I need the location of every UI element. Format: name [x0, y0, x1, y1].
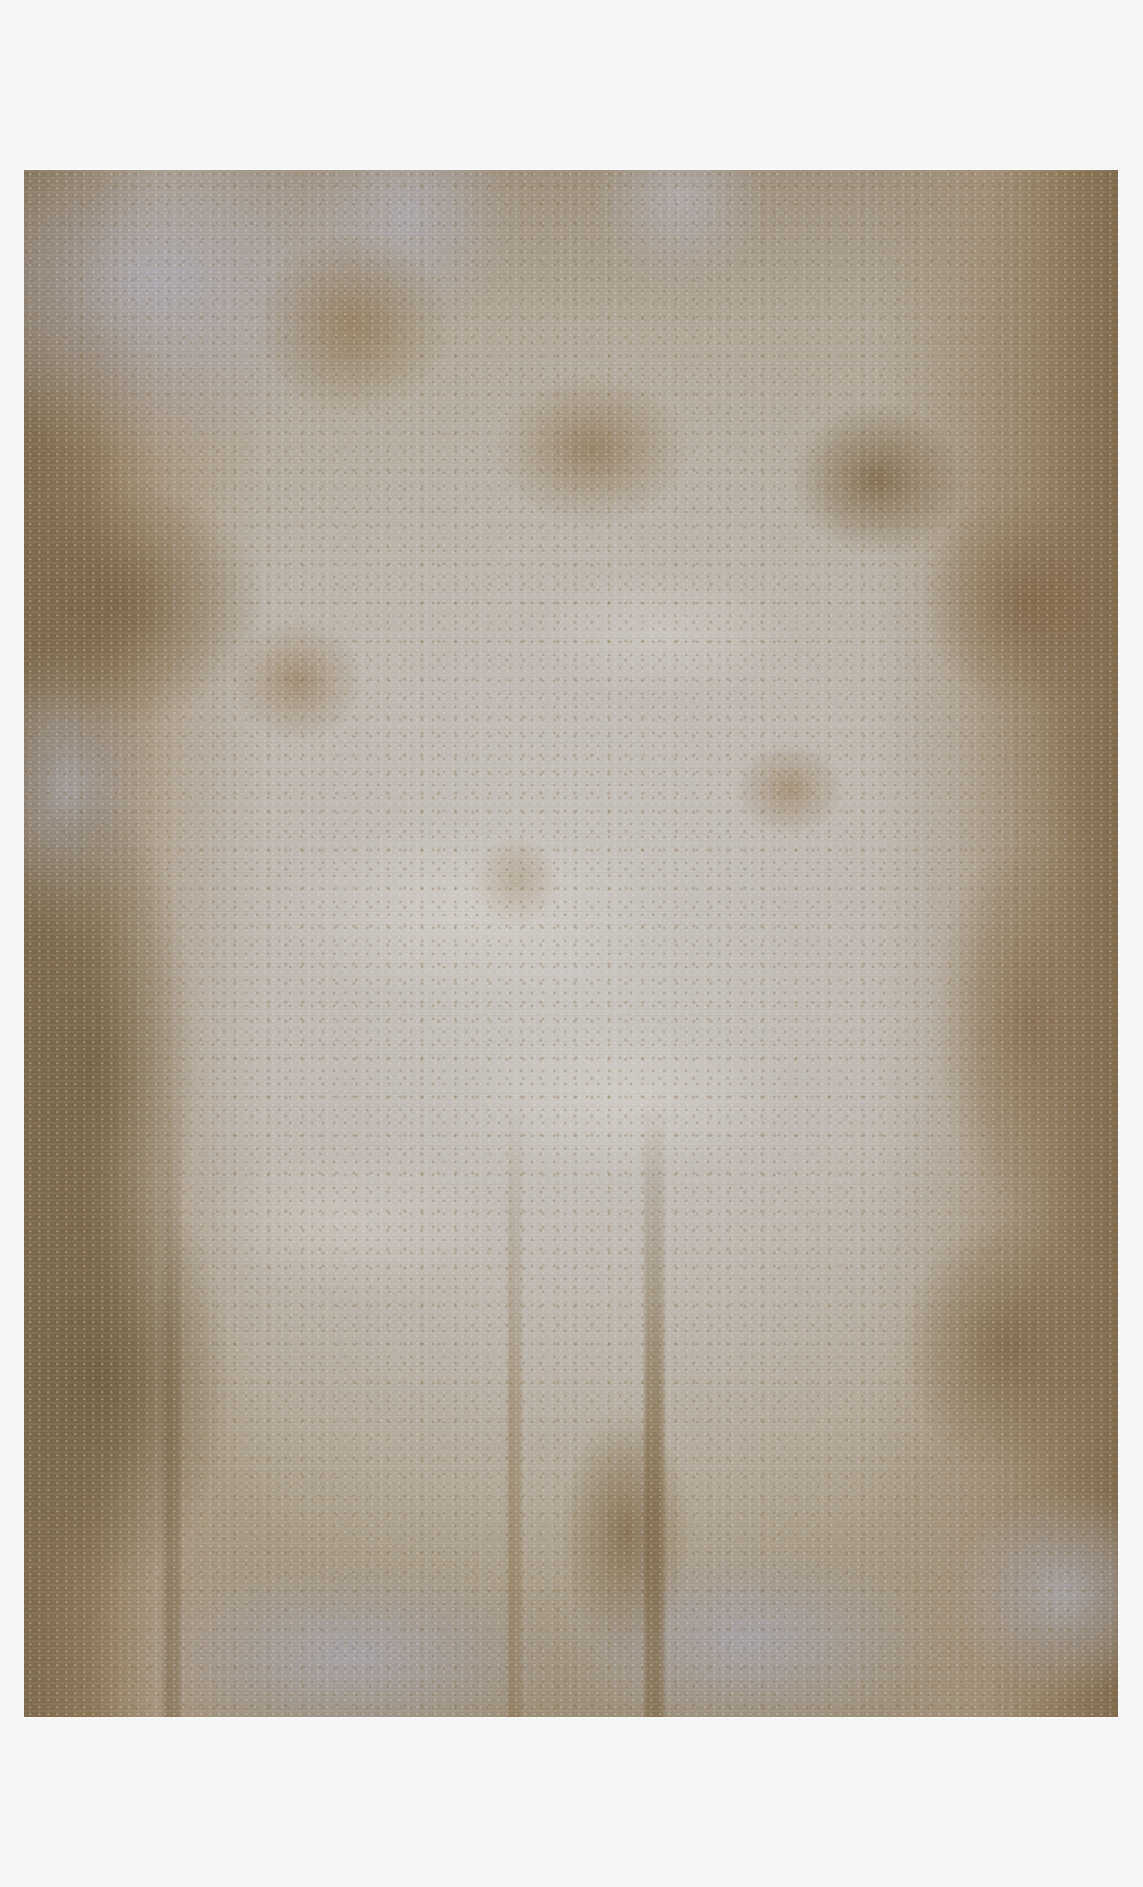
rug-product-image — [24, 170, 1118, 1717]
product-image-stage — [0, 0, 1143, 1887]
rug-speckle-texture — [24, 170, 1118, 1717]
